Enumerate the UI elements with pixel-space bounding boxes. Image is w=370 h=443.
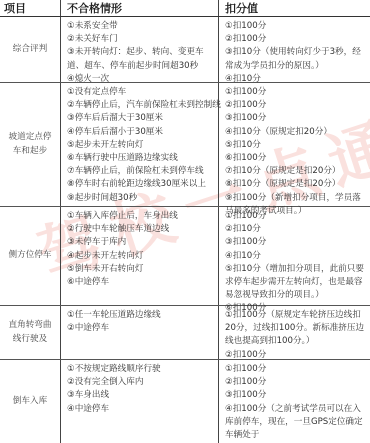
case: ⑧停车时右前轮距边缘线30厘米以上	[67, 178, 218, 191]
row-points: ①扣100分 ②扣10分 ③扣100分 ④扣10分 ⑤扣10分（增加扣分项目，此…	[218, 207, 370, 305]
point: ②扣100分	[225, 33, 366, 46]
table-row: 侧方位停车 ①车辆入库停止后，车身出线 ②行驶中车轮触压车道边线 ③未停车于库内…	[0, 207, 370, 306]
header-item: 项目	[0, 0, 60, 16]
row-item: 综合评判	[0, 17, 60, 82]
point: ②扣100分	[225, 376, 366, 389]
point: ④扣10分	[225, 250, 366, 263]
case: ③车身出线	[67, 389, 218, 402]
case: ⑨起步时间超30秒	[67, 192, 218, 205]
row-cases: ①车辆入库停止后，车身出线 ②行驶中车轮触压车道边线 ③未停车于库内 ④起步未开…	[60, 207, 218, 305]
point: ①扣100分	[225, 363, 366, 376]
row-points: ①扣100分 ②扣100分 ③扣100分 ④扣100分（之前考试学员可以在入库前…	[218, 360, 370, 443]
table-header: 项目 不合格情形 扣分值	[0, 0, 370, 17]
row-item: 倒车入库	[0, 360, 60, 443]
point: ③扣100分	[225, 112, 366, 125]
point: ④扣100分（之前考试学员可以在入库前停车，现在，一旦GPS定位确定车辆处于	[225, 403, 366, 443]
point: ②扣100分	[225, 99, 366, 112]
row-cases: ①未系安全带 ②未关好车门 ③未开转向灯：起步、转向、变更车道、超车、停车前起步…	[60, 17, 218, 82]
deduction-table: 项目 不合格情形 扣分值 综合评判 ①未系安全带 ②未关好车门 ③未开转向灯：起…	[0, 0, 370, 443]
case: ①没有定点停车	[67, 86, 218, 99]
case: ③未开转向灯：起步、转向、变更车道、超车、停车前起步时间超30秒	[67, 46, 218, 72]
row-item: 侧方位停车	[0, 207, 60, 305]
row-points: ①扣100分（原规定车轮挤压边线扣20分，过线扣100分。新标准挤压边线也提高到…	[218, 306, 370, 359]
point: ③扣10分（使用转向灯少于3秒，经常成为学员扣分的原因。）	[225, 46, 366, 72]
case: ①不按规定路线顺序行驶	[67, 363, 218, 376]
point: ①扣100分	[225, 86, 366, 99]
table-row: 坡道定点停车和起步 ①没有定点停车 ②车辆停止后，汽车前保险杠未到控制线 ③停车…	[0, 83, 370, 207]
case: ⑤起步未开左转向灯	[67, 139, 218, 152]
case: ⑦车辆停止后，前保险杠未到停车线	[67, 165, 218, 178]
row-cases: ①不按规定路线顺序行驶 ②没有完全倒入库内 ③车身出线 ④中途停车	[60, 360, 218, 443]
row-points: ①扣100分 ②扣100分 ③扣100分 ④扣10分（原规定扣20分） ⑤扣10…	[218, 83, 370, 206]
case: ③未停车于库内	[67, 236, 218, 249]
row-item: 坡道定点停车和起步	[0, 83, 60, 206]
table-row: 直角转弯曲线行驶及 ①任一车轮压道路边缘线 ②中途停车 ①扣100分（原规定车轮…	[0, 306, 370, 360]
point: ①扣100分（原规定车轮挤压边线扣20分，过线扣100分。新标准挤压边线也提高到…	[225, 309, 366, 349]
point: ⑤扣10分（增加扣分项目，此前只要求停车起步需开左转向灯，也是最容易忽视导致扣分…	[225, 263, 366, 303]
row-item: 直角转弯曲线行驶及	[0, 306, 60, 359]
header-cases: 不合格情形	[60, 0, 218, 16]
case: ④起步未开左转向灯	[67, 250, 218, 263]
case: ①车辆入库停止后，车身出线	[67, 210, 218, 223]
point: ①扣100分	[225, 210, 366, 223]
case: ②中途停车	[67, 322, 218, 335]
case: ③停车后后溜大于30厘米	[67, 112, 218, 125]
point: ⑥扣100分	[225, 152, 366, 165]
point: ④扣10分（原规定扣20分）	[225, 126, 366, 139]
case: ④中途停车	[67, 403, 218, 416]
point: ⑤扣10分	[225, 139, 366, 152]
case: ②没有完全倒入库内	[67, 376, 218, 389]
case: ②行驶中车轮触压车道边线	[67, 223, 218, 236]
header-points: 扣分值	[218, 0, 370, 16]
point: ⑦扣10分（原规定是扣20分）	[225, 165, 366, 178]
case: ⑥车辆行驶中压道路边缘实线	[67, 152, 218, 165]
case: ④停车后后溜小于30厘米	[67, 126, 218, 139]
case: ⑥中途停车	[67, 276, 218, 289]
row-cases: ①任一车轮压道路边缘线 ②中途停车	[60, 306, 218, 359]
row-cases: ①没有定点停车 ②车辆停止后，汽车前保险杠未到控制线 ③停车后后溜大于30厘米 …	[60, 83, 218, 206]
point: ⑧扣10分（原规定是扣20分）	[225, 178, 366, 191]
case: ②车辆停止后，汽车前保险杠未到控制线	[67, 99, 218, 112]
case: ①未系安全带	[67, 20, 218, 33]
case: ②未关好车门	[67, 33, 218, 46]
point: ③扣100分	[225, 389, 366, 402]
point: ③扣100分	[225, 236, 366, 249]
point: ①扣100分	[225, 20, 366, 33]
table-row: 倒车入库 ①不按规定路线顺序行驶 ②没有完全倒入库内 ③车身出线 ④中途停车 ①…	[0, 360, 370, 443]
row-points: ①扣100分 ②扣100分 ③扣10分（使用转向灯少于3秒，经常成为学员扣分的原…	[218, 17, 370, 82]
table-row: 综合评判 ①未系安全带 ②未关好车门 ③未开转向灯：起步、转向、变更车道、超车、…	[0, 17, 370, 83]
point: ②扣10分	[225, 223, 366, 236]
case: ①任一车轮压道路边缘线	[67, 309, 218, 322]
case: ⑤倒车未开右转向灯	[67, 263, 218, 276]
